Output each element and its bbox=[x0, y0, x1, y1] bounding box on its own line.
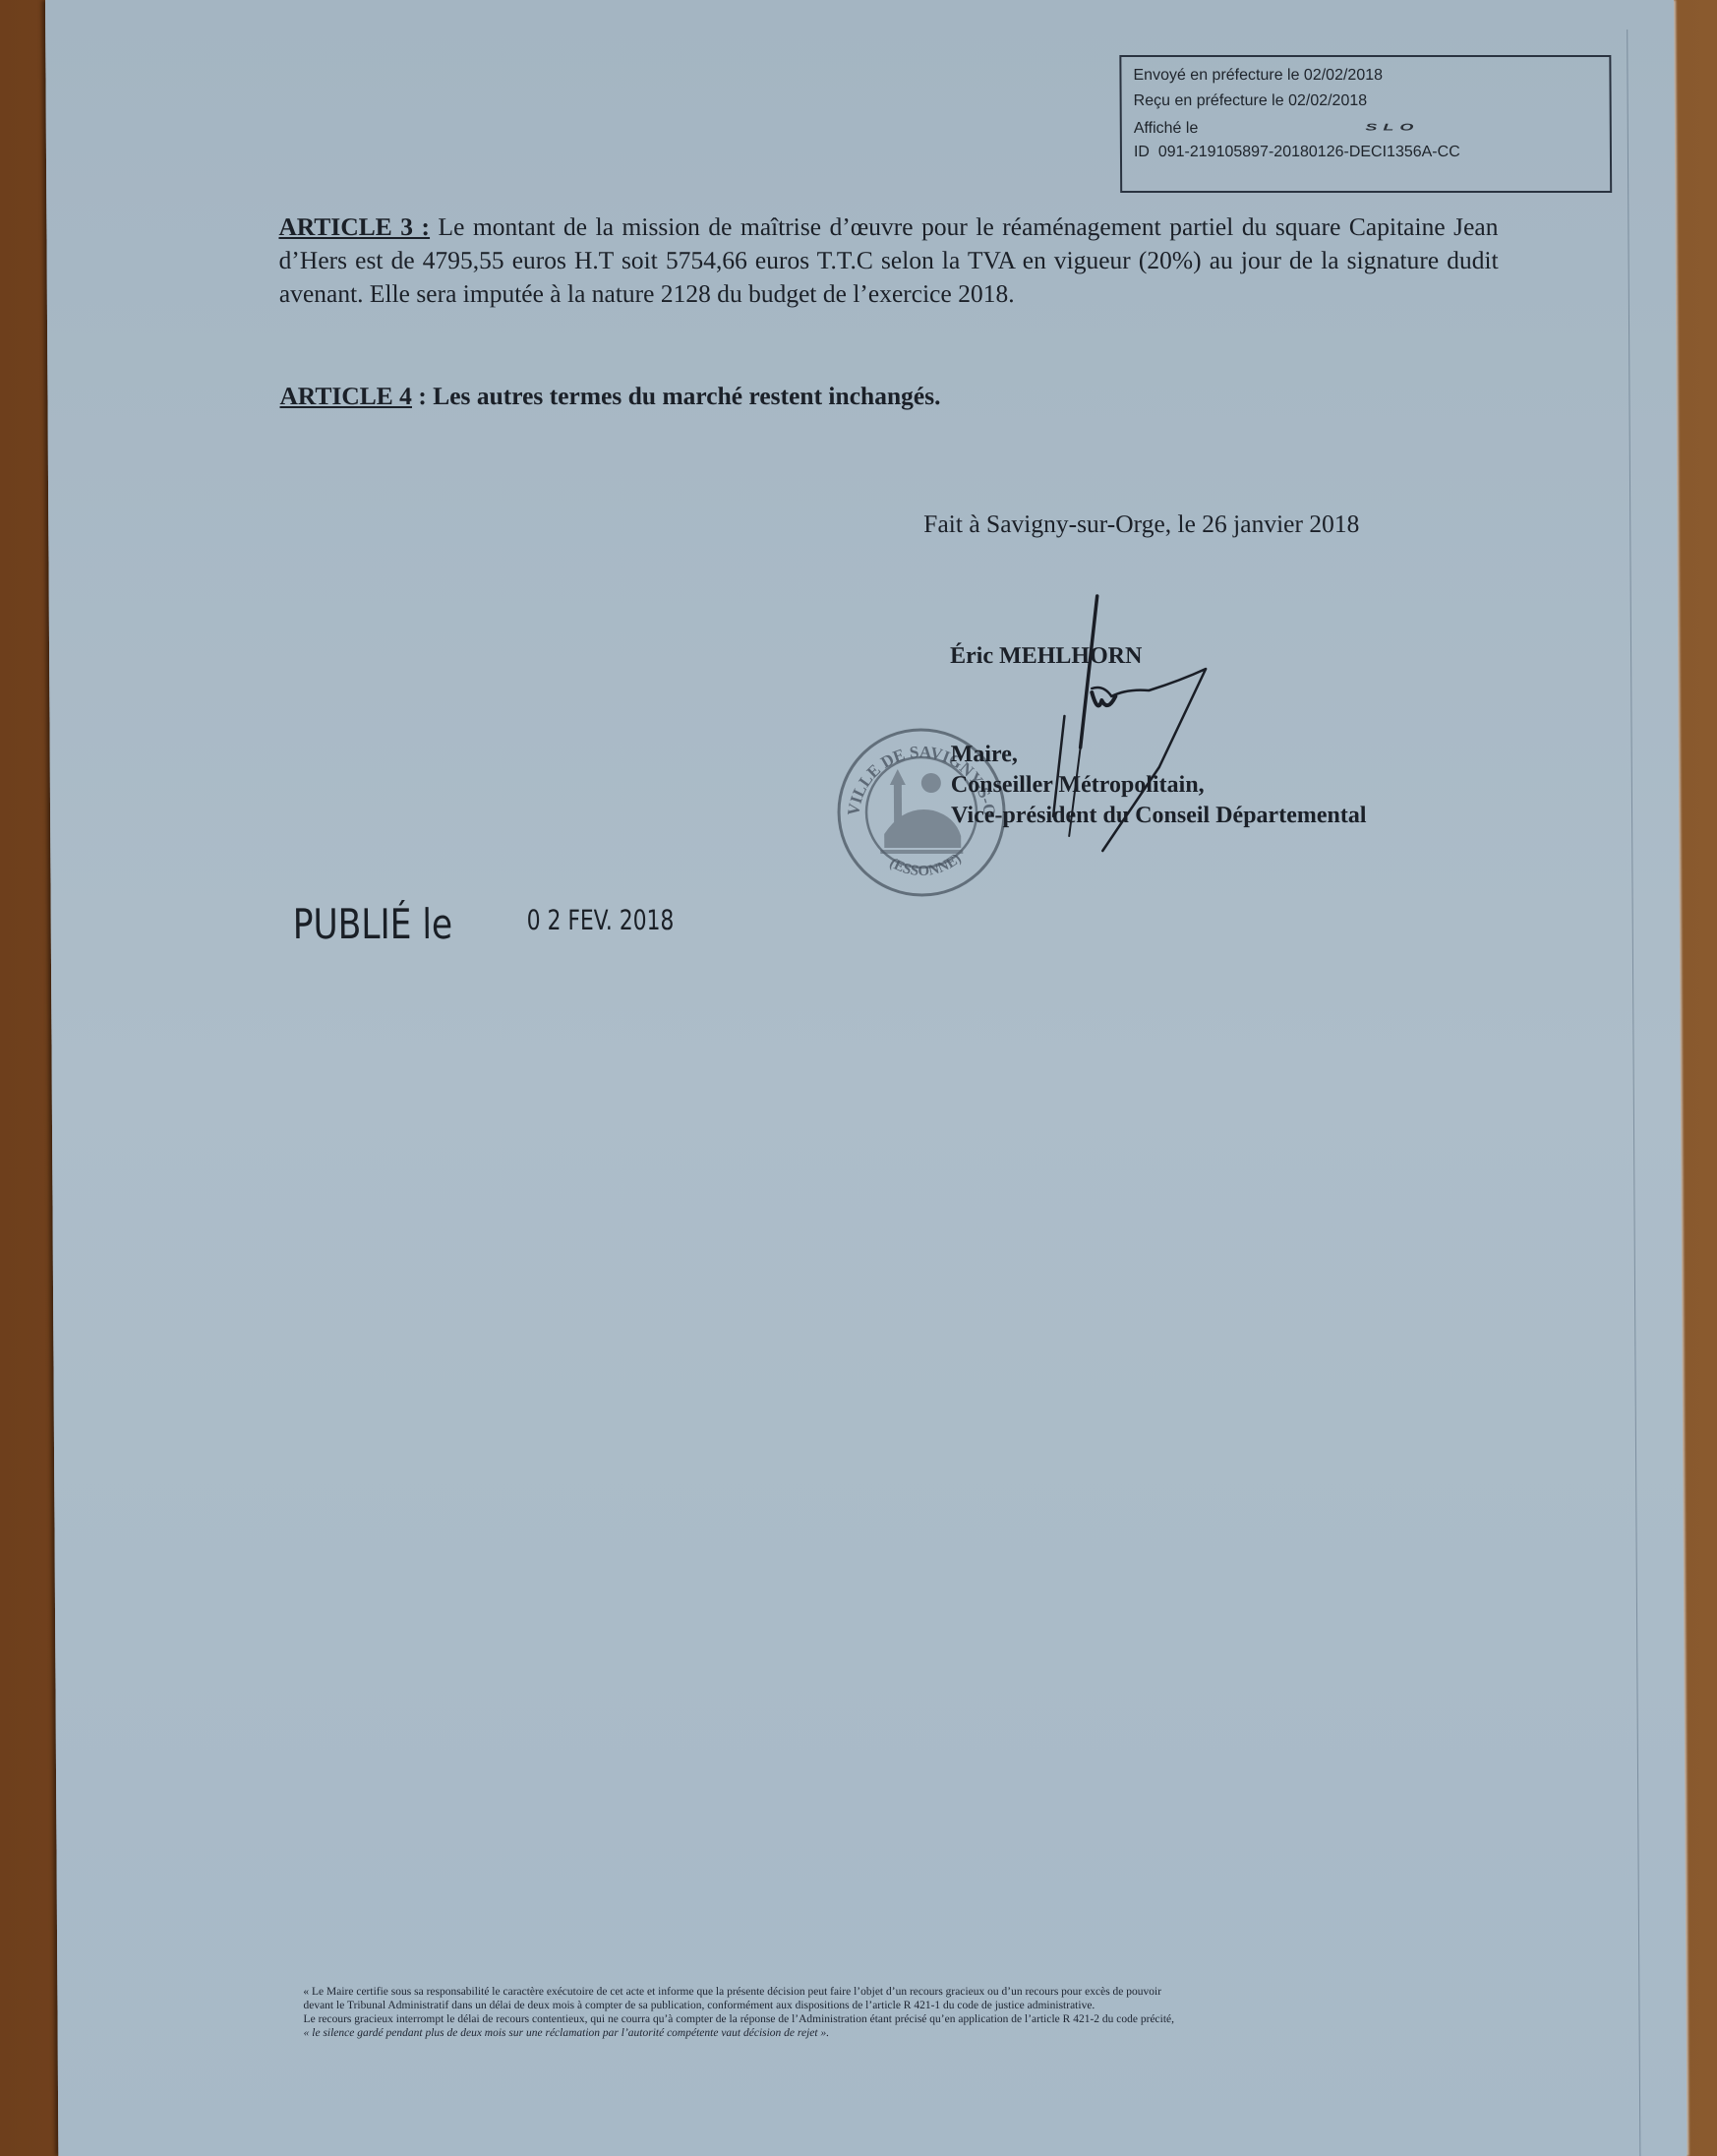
prefecture-id-row: ID 091-219105897-20180126-DECI1356A-CC bbox=[1134, 140, 1610, 165]
footer-italic-line: « le silence gardé pendant plus de deux … bbox=[304, 2026, 1553, 2040]
article-3: ARTICLE 3 : Le montant de la mission de … bbox=[278, 210, 1499, 311]
published-stamp: PUBLIÉ le 0 2 FEV. 2018 bbox=[293, 900, 488, 948]
published-label: PUBLIÉ le bbox=[293, 900, 453, 948]
prefecture-posted-label: Affiché le bbox=[1134, 120, 1199, 137]
legal-footer: « Le Maire certifie sous sa responsabili… bbox=[303, 1985, 1552, 2040]
footer-line: « Le Maire certifie sous sa responsabili… bbox=[303, 1985, 1552, 1999]
prefecture-posted-row: Affiché leSLO bbox=[1134, 114, 1610, 140]
article-3-label: ARTICLE 3 : bbox=[278, 212, 430, 241]
footer-line: devant le Tribunal Administratif dans un… bbox=[303, 1999, 1552, 2012]
article-3-text: Le montant de la mission de maîtrise d’œ… bbox=[279, 212, 1499, 308]
slo-logo-icon: SLO bbox=[1365, 120, 1419, 134]
published-date: 0 2 FEV. 2018 bbox=[527, 904, 675, 936]
article-4-text: : Les autres termes du marché restent in… bbox=[412, 382, 941, 410]
prefecture-receipt-stamp: Envoyé en préfecture le 02/02/2018 Reçu … bbox=[1119, 55, 1612, 193]
prefecture-received-date: Reçu en préfecture le 02/02/2018 bbox=[1134, 89, 1610, 114]
page-crease-line bbox=[1627, 30, 1640, 2156]
article-4-label: ARTICLE 4 bbox=[279, 382, 412, 410]
prefecture-id-value: 091-219105897-20180126-DECI1356A-CC bbox=[1158, 144, 1460, 160]
place-and-date: Fait à Savigny-sur-Orge, le 26 janvier 2… bbox=[923, 509, 1359, 539]
footer-line: Le recours gracieux interrompt le délai … bbox=[303, 2012, 1552, 2026]
svg-text:(ESSONNE): (ESSONNE) bbox=[887, 851, 965, 879]
prefecture-id-label: ID bbox=[1134, 144, 1150, 160]
prefecture-sent-date: Envoyé en préfecture le 02/02/2018 bbox=[1133, 63, 1609, 89]
handwritten-signature-icon bbox=[1033, 590, 1251, 866]
article-4: ARTICLE 4 : Les autres termes du marché … bbox=[279, 380, 1499, 413]
document-page: Envoyé en préfecture le 02/02/2018 Reçu … bbox=[45, 0, 1687, 2156]
